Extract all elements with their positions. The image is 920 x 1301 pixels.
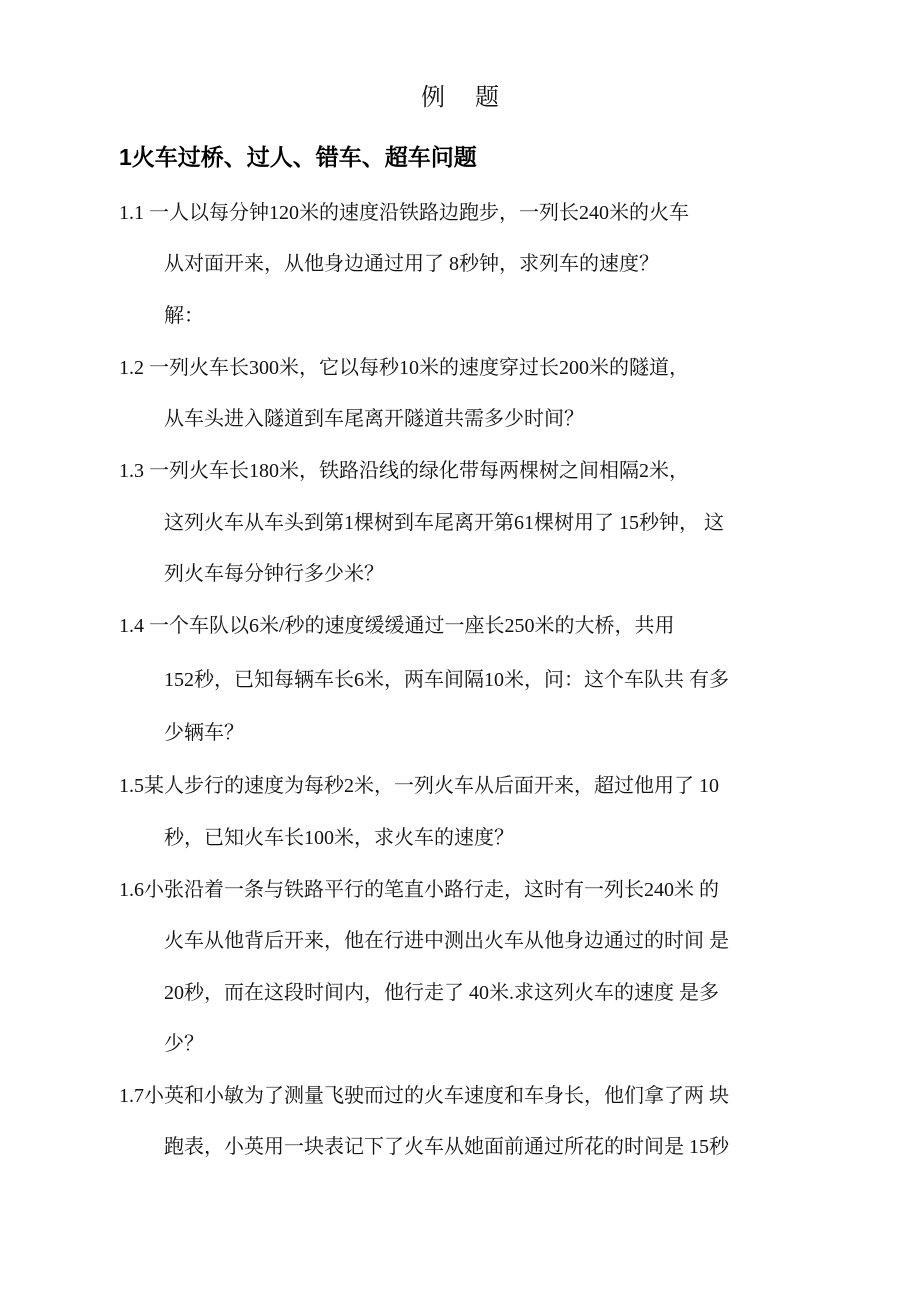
problem-line: 1.7小英和小敏为了测量飞驶而过的火车速度和车身长，他们拿了两 块	[119, 1084, 729, 1108]
problem-line: 这列火车从车头到第1棵树到车尾离开第61棵树用了 15秒钟， 这	[164, 511, 724, 535]
page-title: 例 题	[0, 84, 920, 112]
problem-line: 从对面开来，从他身边通过用了 8秒钟，求列车的速度？	[164, 252, 659, 276]
problem-line: 少？	[164, 1032, 204, 1056]
solution-label: 解：	[164, 304, 204, 328]
problem-line: 1.3 一列火车长180米，铁路沿线的绿化带每两棵树之间相隔2米，	[119, 459, 689, 483]
problem-line: 1.4 一个车队以6米/秒的速度缓缓通过一座长250米的大桥，共用	[119, 614, 675, 638]
problem-line: 1.1 一人以每分钟120米的速度沿铁路边跑步，一列长240米的火车	[119, 201, 689, 225]
problem-line: 列火车每分钟行多少米？	[164, 562, 384, 586]
problem-line: 152秒，已知每辆车长6米，两车间隔10米，问：这个车队共 有多	[164, 668, 729, 692]
problem-line: 1.6小张沿着一条与铁路平行的笔直小路行走，这时有一列长240米 的	[119, 878, 719, 902]
section-heading: 1火车过桥、过人、错车、超车问题	[119, 143, 477, 171]
problem-line: 少辆车？	[164, 721, 244, 745]
problem-line: 跑表，小英用一块表记下了火车从她面前通过所花的时间是 15秒	[164, 1135, 729, 1159]
problem-line: 20秒，而在这段时间内，他行走了 40米.求这列火车的速度 是多	[164, 981, 719, 1005]
problem-line: 火车从他背后开来，他在行进中测出火车从他身边通过的时间 是	[164, 929, 729, 953]
problem-line: 秒，已知火车长100米，求火车的速度？	[164, 826, 514, 850]
problem-line: 1.5某人步行的速度为每秒2米，一列火车从后面开来，超过他用了 10	[119, 774, 719, 798]
problem-line: 从车头进入隧道到车尾离开隧道共需多少时间？	[164, 407, 584, 431]
problem-line: 1.2 一列火车长300米，它以每秒10米的速度穿过长200米的隧道，	[119, 356, 689, 380]
